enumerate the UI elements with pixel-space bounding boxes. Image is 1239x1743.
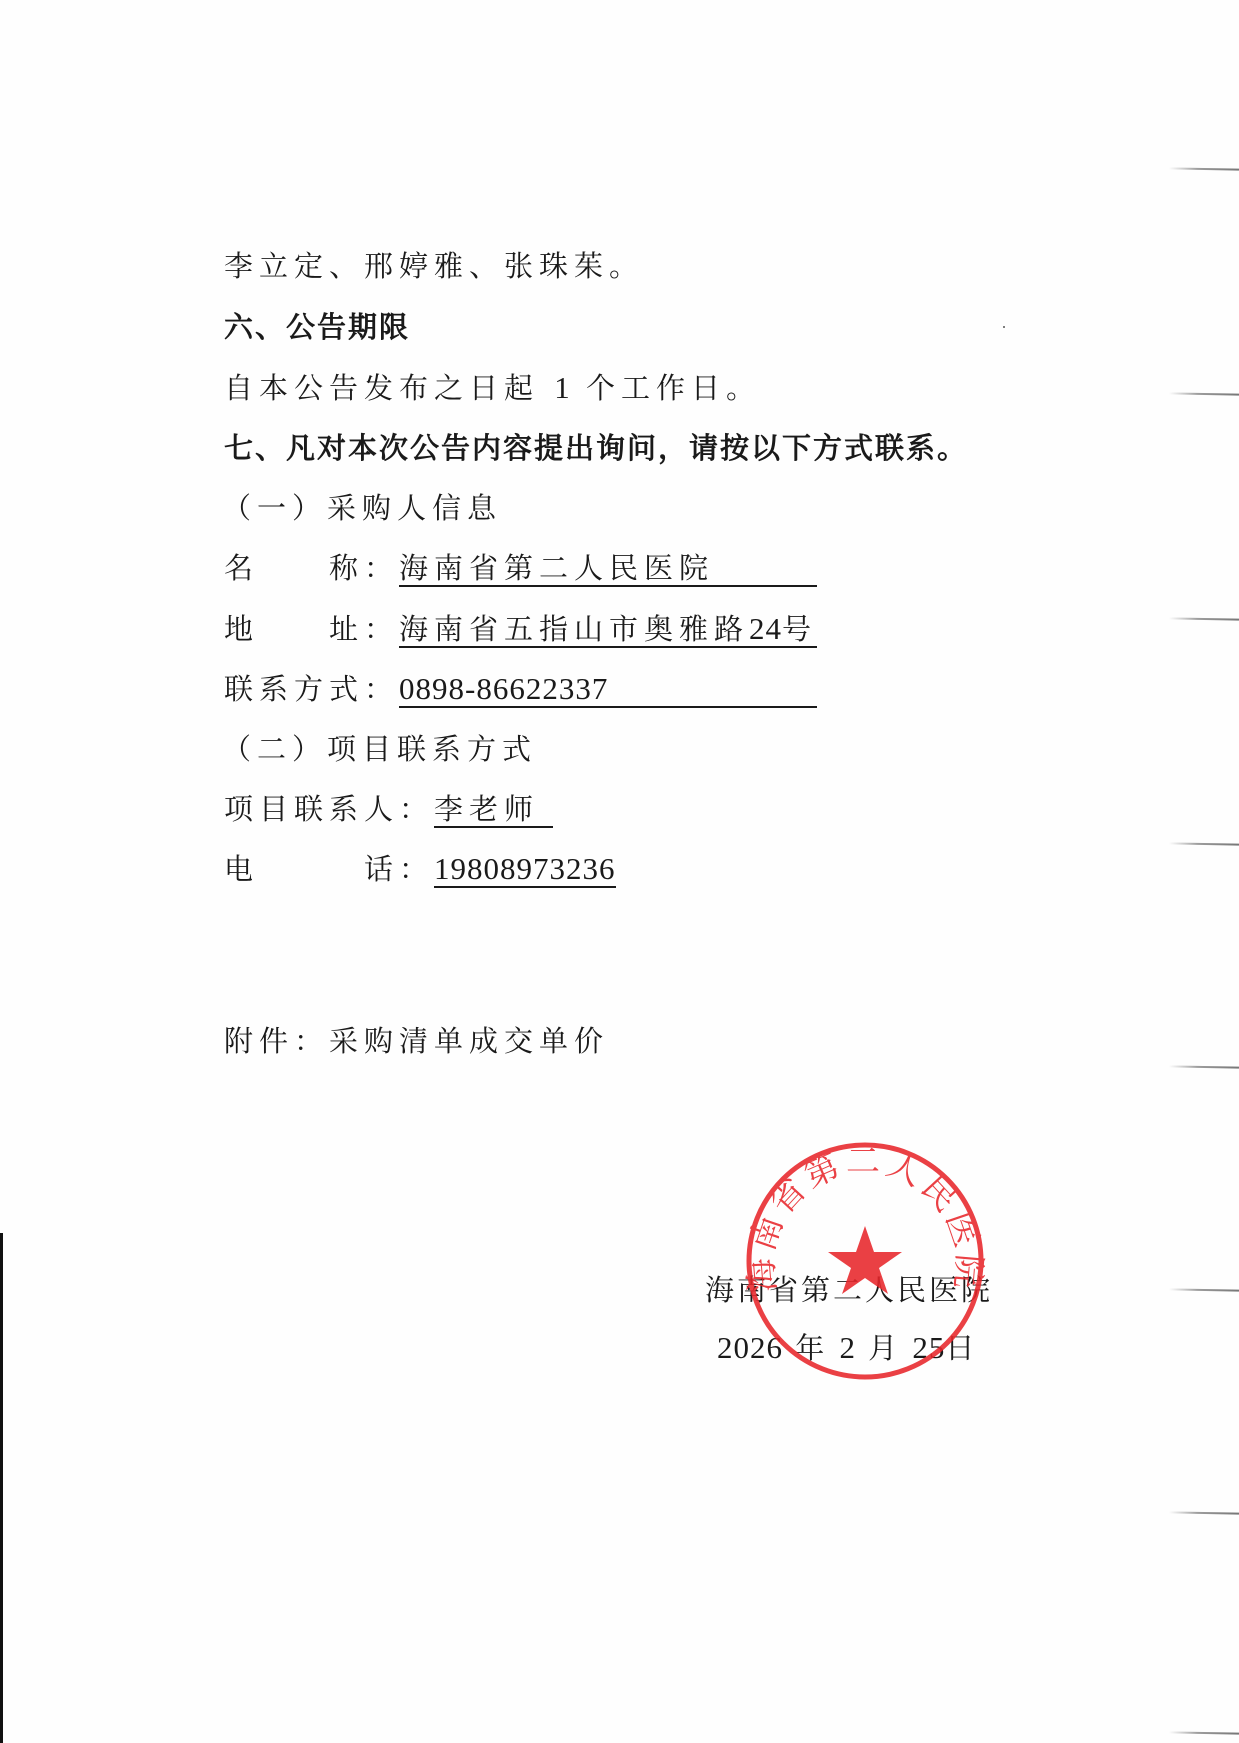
attachment-note: 附件：采购清单成交单价 [224,1021,609,1061]
purchaser-subheading: （一）采购人信息 [222,488,502,528]
section-7-heading: 七、凡对本次公告内容提出询问，请按以下方式联系。 [224,428,968,468]
scan-artifact-mark [1169,167,1239,170]
purchaser-name-row: 名 称：海南省第二人民医院 [224,548,817,588]
scan-artifact-mark [1169,392,1239,395]
purchaser-address-label: 地 址： [224,609,399,649]
project-contact-person-label: 项目联系人： [224,789,434,829]
scan-artifact-speck [1003,326,1005,328]
section-6-body-prefix: 自本公告发布之日起 [224,371,539,405]
section-6-body: 自本公告发布之日起 1 个工作日。 [224,368,761,408]
scan-artifact-mark [1169,1511,1239,1514]
purchaser-address-value: 海南省五指山市奥雅路24号 [399,613,817,648]
purchaser-contact-label: 联系方式： [224,669,399,709]
purchaser-address-prefix: 海南省五指山市奥雅路 [399,612,749,646]
scan-artifact-mark [1169,617,1239,620]
project-contact-subheading: （二）项目联系方式 [222,729,537,769]
section-6-body-suffix: 个工作日。 [586,371,761,405]
purchaser-contact-row: 联系方式：0898-86622337 [224,669,817,709]
purchaser-contact-value: 0898-86622337 [399,673,817,708]
scan-artifact-mark [1169,842,1239,845]
scanned-document-page: 李立定、邢婷雅、张珠茱。 六、公告期限 自本公告发布之日起 1 个工作日。 七、… [0,0,1239,1743]
project-contact-person-row: 项目联系人：李老师 [224,789,553,829]
purchaser-name-value: 海南省第二人民医院 [399,552,817,587]
purchaser-name-label: 名 称： [224,548,399,588]
project-contact-person-value: 李老师 [434,793,553,828]
project-contact-phone-value: 19808973236 [434,853,616,888]
project-contact-phone-row: 电 话：19808973236 [224,849,616,889]
scan-artifact-mark [1169,1288,1239,1291]
star-icon [828,1226,902,1294]
purchaser-address-suffix: 号 [782,612,817,646]
official-seal-stamp: 海南省第二人民医院 [742,1138,988,1384]
scan-artifact-mark [1169,1731,1239,1734]
section-6-heading: 六、公告期限 [224,307,410,347]
section-6-body-number: 1 [554,370,571,405]
purchaser-address-number: 24 [749,611,782,646]
scan-artifact-left-edge [0,1233,3,1743]
project-contact-phone-label: 电 话： [224,849,434,889]
continuation-text: 李立定、邢婷雅、张珠茱。 [224,246,644,286]
scan-artifact-mark [1169,1065,1239,1068]
purchaser-address-row: 地 址：海南省五指山市奥雅路24号 [224,609,817,649]
